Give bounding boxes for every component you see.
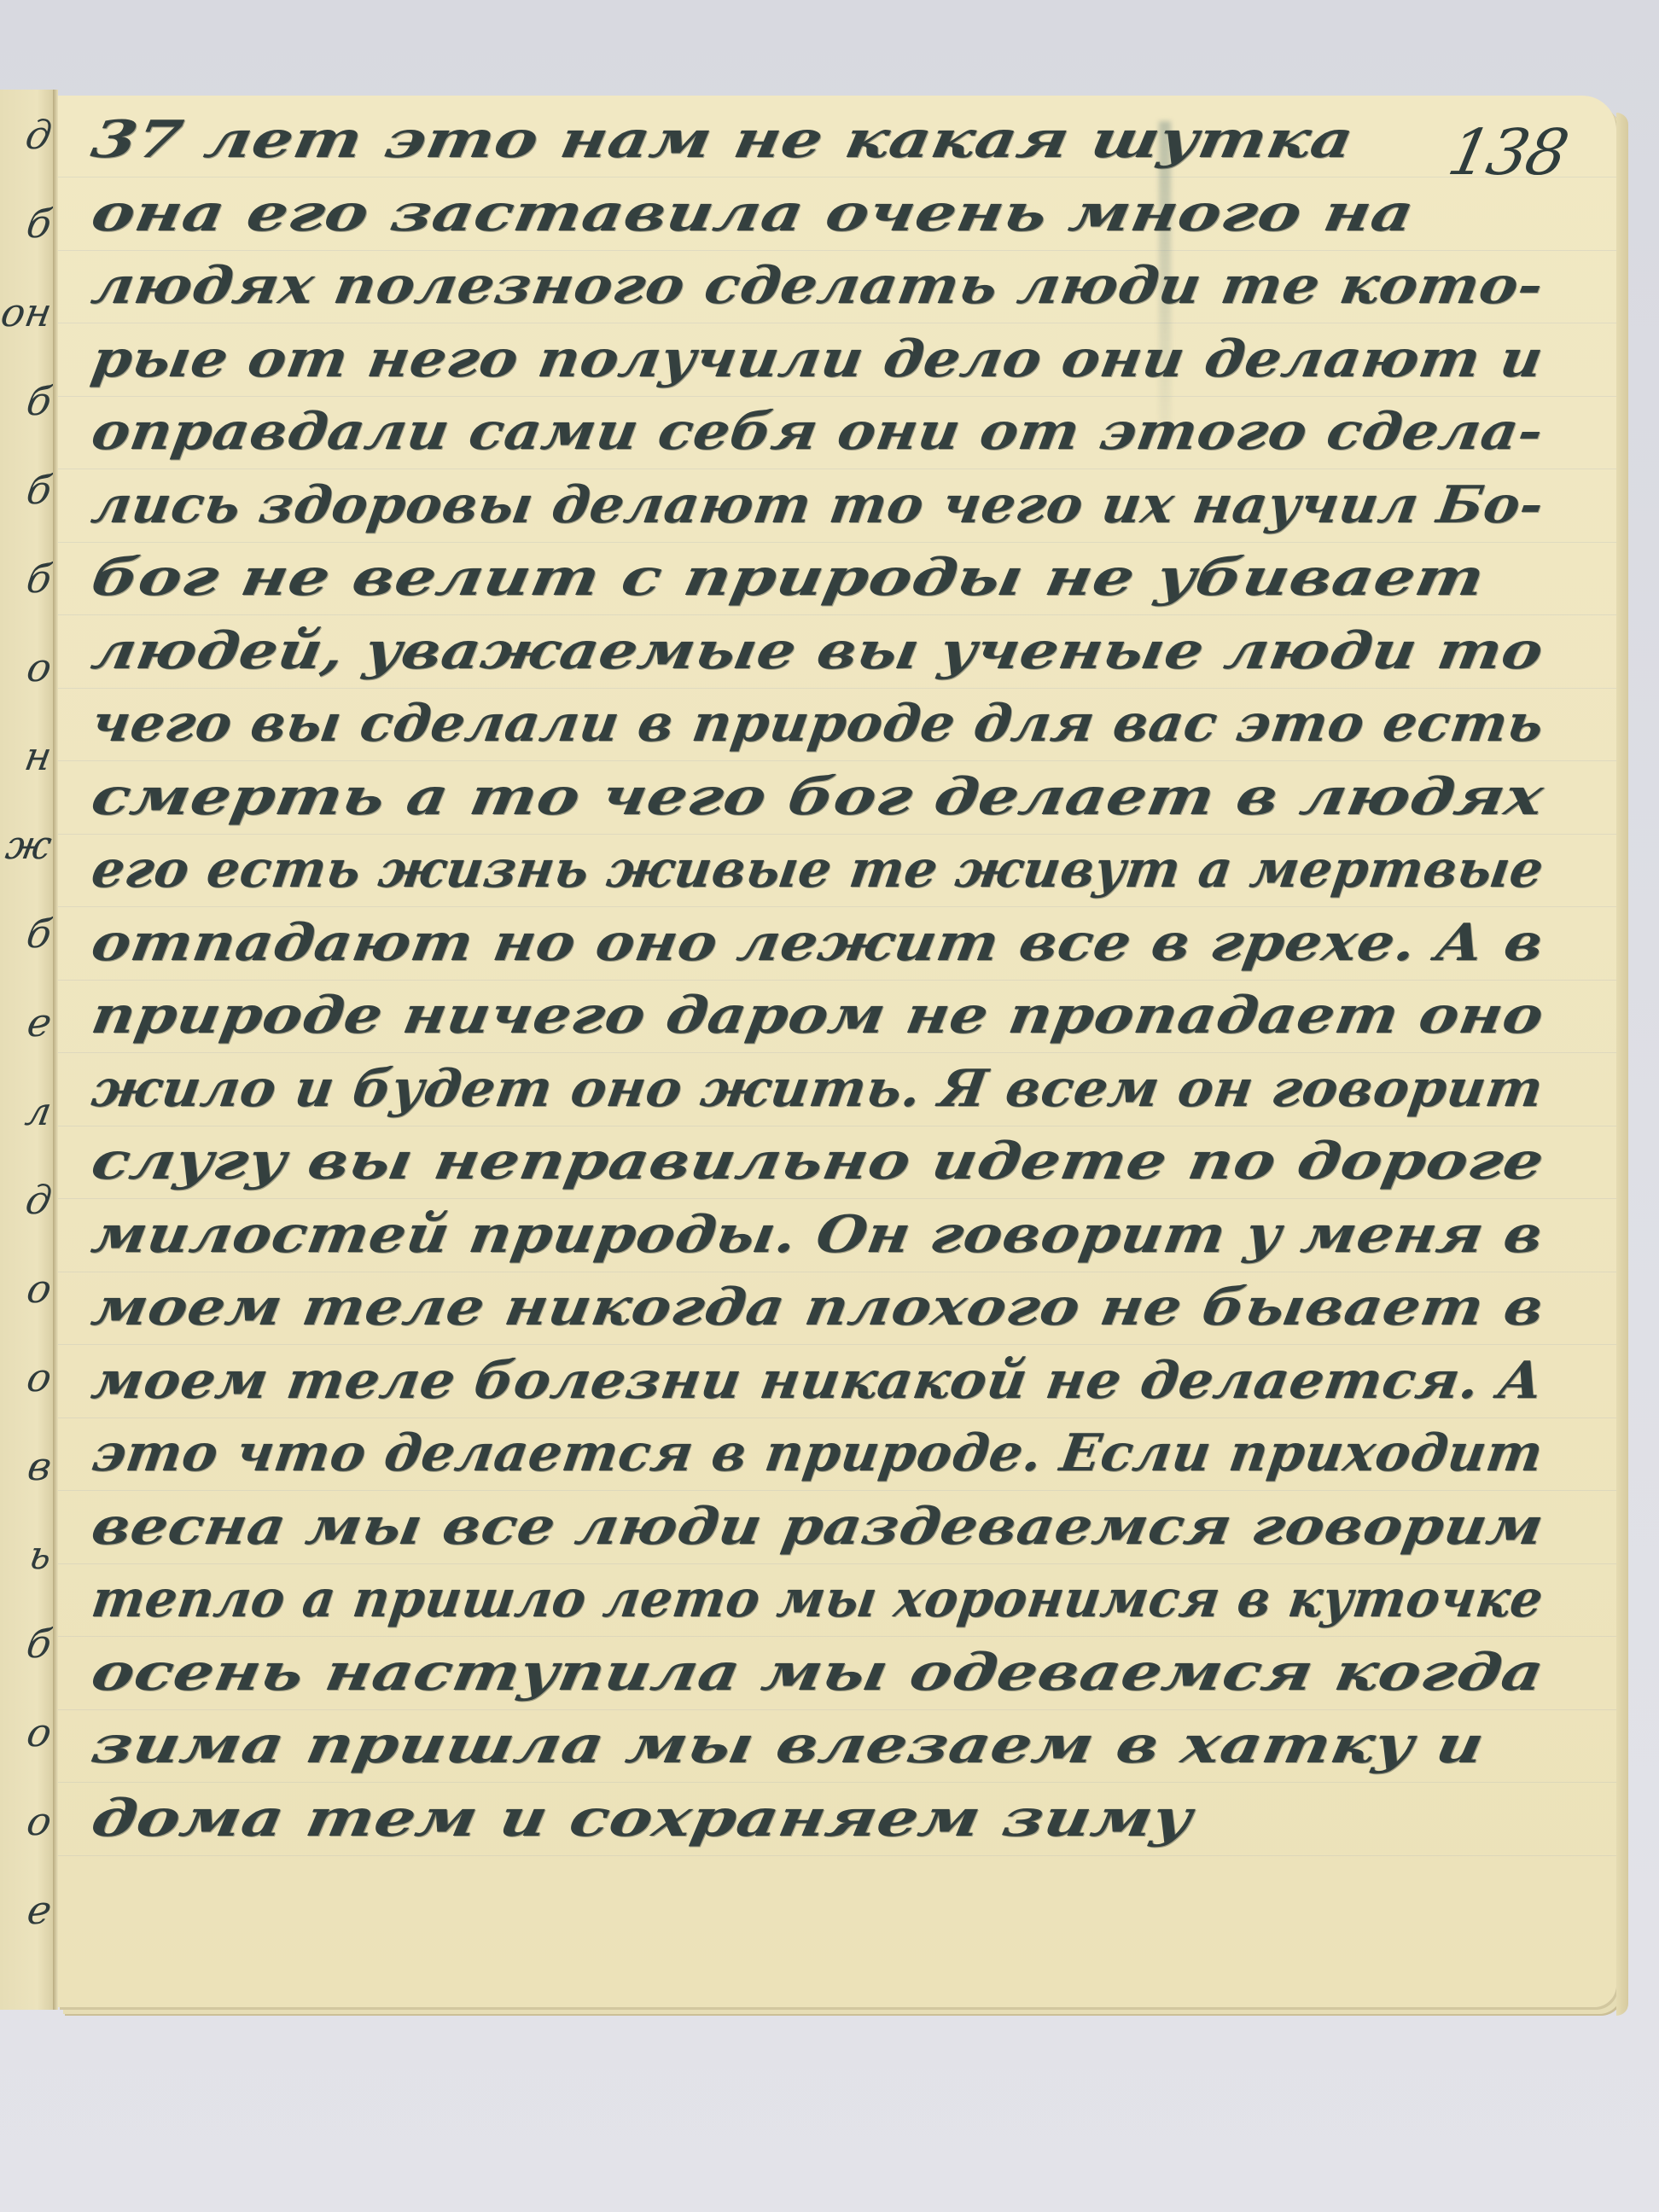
handwritten-line: это что делается в природе. Если приходи… [92, 1417, 1577, 1491]
handwritten-line-text: это что делается в природе. Если приходи… [87, 1417, 1548, 1491]
handwritten-line: смерть а то чего бог делает в людях [92, 761, 1577, 835]
handwritten-line: лись здоровы делают то чего их научил Бо… [92, 469, 1577, 543]
handwritten-line-text: людях полезного сделать люди те кото- [86, 250, 1548, 323]
facing-page-glyph: ж [0, 825, 55, 864]
handwritten-line-text: людей, уважаемые вы ученые люди то [86, 615, 1549, 689]
handwritten-line: жило и будет оно жить. Я всем он говорит [92, 1053, 1577, 1126]
facing-page-glyph: б [0, 470, 55, 509]
handwritten-line-text: лись здоровы делают то чего их научил Бо… [87, 469, 1548, 543]
handwritten-line: тепло а пришло лето мы хоронимся в куточ… [92, 1563, 1577, 1637]
facing-page-glyph: о [0, 648, 55, 687]
facing-page-glyph: б [0, 559, 55, 598]
handwritten-line: отпадают но оно лежит все в грехе. А в [92, 907, 1577, 981]
handwritten-line: слугу вы неправильно идете по дороге [92, 1126, 1577, 1199]
notebook-page: 138 37 лет это нам не какая шуткаона его… [58, 96, 1616, 2007]
handwritten-line-text: отпадают но оно лежит все в грехе. А в [86, 907, 1549, 981]
handwritten-line: рые от него получили дело они делают и [92, 323, 1577, 397]
facing-page-glyph: е [0, 1890, 55, 1930]
handwritten-line-text: весна мы все люди раздеваемся говорим [86, 1491, 1549, 1564]
facing-page-glyph: б [0, 204, 55, 243]
facing-page-glyph: н [0, 736, 55, 776]
facing-page-glyph: б [0, 1624, 55, 1663]
facing-page-glyph: о [0, 1802, 55, 1841]
handwritten-line-text: дома тем и сохраняем зиму [85, 1783, 1197, 1856]
handwritten-line-text: зима пришла мы влезаем в хатку и [85, 1709, 1489, 1783]
facing-page-glyph: е [0, 1003, 55, 1042]
handwritten-line: моем теле болезни никакой не делается. А [92, 1345, 1577, 1418]
facing-page-glyph: он [0, 293, 55, 332]
handwritten-line-text: жило и будет оно жить. Я всем он говорит [87, 1053, 1548, 1126]
facing-page-glyph: л [0, 1091, 55, 1131]
handwritten-line-text: бог не велит с природы не убивает [85, 542, 1490, 615]
handwritten-line-text: природе ничего даром не пропадает оно [86, 980, 1549, 1053]
handwritten-line-text: оправдали сами себя они от этого сдела- [86, 396, 1548, 469]
handwritten-line-text: смерть а то чего бог делает в людях [86, 761, 1550, 835]
handwritten-line: бог не велит с природы не убивает [92, 542, 1577, 615]
handwritten-line-text: 37 лет это нам не какая шутка [85, 104, 1359, 178]
photo-scene: дбонбббонжбелдоовьбоое 138 37 лет это на… [0, 0, 1659, 2212]
facing-page-glyph: о [0, 1713, 55, 1752]
facing-page-glyph: д [0, 115, 55, 154]
handwritten-line: она его заставила очень много на [92, 178, 1577, 251]
handwritten-line: зима пришла мы влезаем в хатку и [92, 1709, 1577, 1783]
handwritten-text-block: 37 лет это нам не какая шуткаона его зас… [92, 104, 1577, 1855]
handwritten-line: его есть жизнь живые те живут а мертвые [92, 834, 1577, 907]
handwritten-line-text: чего вы сделали в природе для вас это ес… [87, 688, 1549, 761]
handwritten-line-text: тепло а пришло лето мы хоронимся в куточ… [87, 1563, 1547, 1637]
handwritten-line-text: моем теле болезни никакой не делается. А [87, 1345, 1549, 1418]
facing-page-glyph: о [0, 1269, 55, 1308]
facing-page-glyph: д [0, 1180, 55, 1220]
handwritten-line: природе ничего даром не пропадает оно [92, 980, 1577, 1053]
handwritten-line-text: рые от него получили дело они делают и [86, 323, 1548, 397]
handwritten-line-text: она его заставила очень много на [85, 178, 1419, 251]
handwritten-line: весна мы все люди раздеваемся говорим [92, 1491, 1577, 1564]
handwritten-line: чего вы сделали в природе для вас это ес… [92, 688, 1577, 761]
facing-page-glyph: ь [0, 1535, 55, 1575]
facing-page-glyph: в [0, 1447, 55, 1486]
handwritten-line: людях полезного сделать люди те кото- [92, 250, 1577, 323]
handwritten-line-text: осень наступила мы одеваемся когда [86, 1637, 1550, 1710]
handwritten-line-text: слугу вы неправильно идете по дороге [86, 1126, 1550, 1199]
handwritten-line: осень наступила мы одеваемся когда [92, 1637, 1577, 1710]
handwritten-line: моем теле никогда плохого не бывает в [92, 1272, 1577, 1345]
handwritten-line: дома тем и сохраняем зиму [92, 1783, 1577, 1856]
facing-page-glyph: о [0, 1358, 55, 1397]
handwritten-line: 37 лет это нам не какая шутка [92, 104, 1577, 178]
handwritten-line-text: его есть жизнь живые те живут а мертвые [87, 834, 1548, 907]
handwritten-line: милостей природы. Он говорит у меня в [92, 1199, 1577, 1272]
facing-page-glyph: б [0, 914, 55, 953]
handwritten-line: оправдали сами себя они от этого сдела- [92, 396, 1577, 469]
facing-page-glyph: б [0, 381, 55, 421]
facing-page-edge: дбонбббонжбелдоовьбоое [0, 90, 55, 2010]
handwritten-line-text: милостей природы. Он говорит у меня в [86, 1199, 1548, 1272]
handwritten-line: людей, уважаемые вы ученые люди то [92, 615, 1577, 689]
handwritten-line-text: моем теле никогда плохого не бывает в [86, 1272, 1549, 1345]
